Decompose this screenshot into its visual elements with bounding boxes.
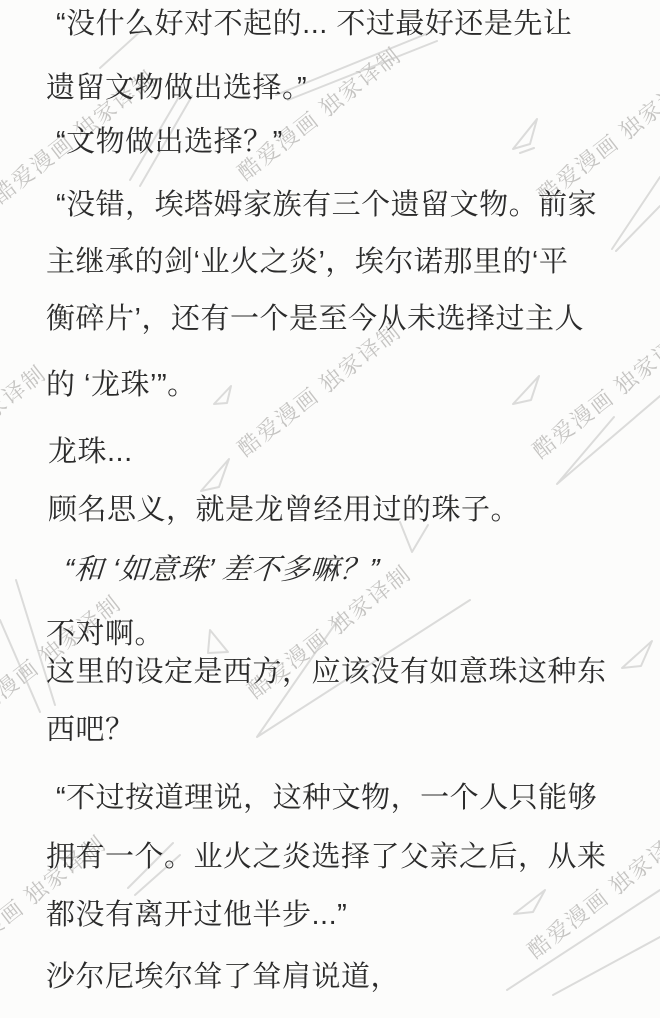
text-line: 主继承的剑‘业火之炎’，埃尔诺那里的‘平 [46,246,568,279]
text-line: “文物做出选择？” [56,126,283,159]
text-line: “没什么好对不起的... 不过最好还是先让 [56,8,572,41]
text-line: 都没有离开过他半步...” [46,899,347,932]
text-line: 龙珠... [48,436,133,469]
text-line: “没错，埃塔姆家族有三个遗留文物。前家 [56,189,597,222]
text-line: “不过按道理说，这种文物，一个人只能够 [56,782,597,815]
text-line: 遗留文物做出选择。” [46,72,307,105]
novel-text-body: “没什么好对不起的... 不过最好还是先让遗留文物做出选择。”“文物做出选择？”… [0,0,660,1018]
text-line: “和 ‘如意珠’ 差不多嘛？” [63,554,381,587]
novel-text-page: 酷爱漫画 独家译制酷爱漫画 独家译制酷爱漫画 独家译制酷爱漫画 独家译制酷爱漫画… [0,0,660,1018]
text-line: 沙尔尼埃尔耸了耸肩说道， [46,961,400,994]
text-line: 衡碎片’，还有一个是至今从未选择过主人 [46,303,584,336]
text-line: 西吧？ [46,714,135,747]
text-line: 拥有一个。业火之炎选择了父亲之后，从来 [46,841,607,874]
text-line: 的 ‘龙珠’”。 [46,369,197,402]
text-line: 顾名思义，就是龙曾经用过的珠子。 [48,494,520,527]
text-line: 这里的设定是西方，应该没有如意珠这种东 [46,656,607,689]
text-line: 不对啊。 [46,618,164,651]
